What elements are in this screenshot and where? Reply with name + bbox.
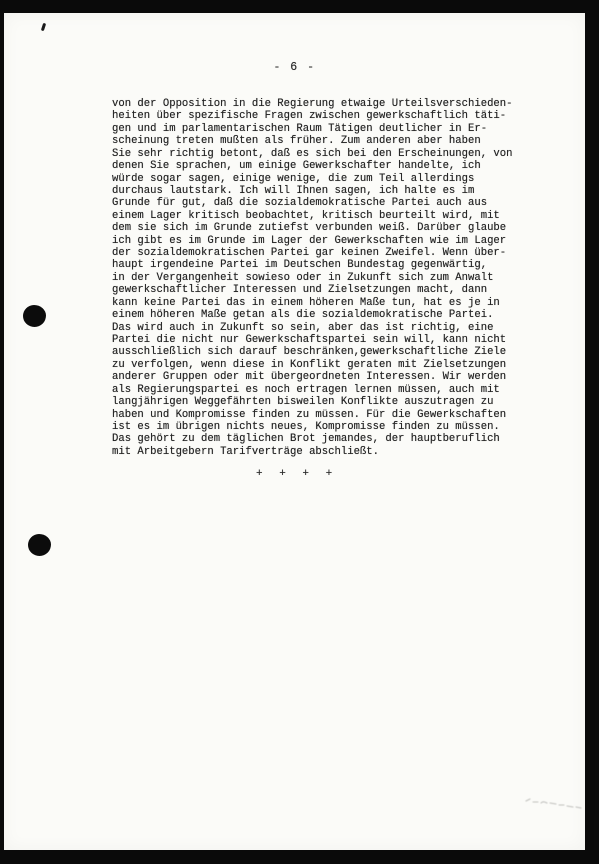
ink-speck: [41, 23, 46, 32]
faint-pencil-marks: [524, 797, 586, 811]
document-page: - 6 - von der Opposition in die Regierun…: [4, 13, 585, 850]
hole-punch-dot-top: [23, 305, 46, 327]
scan-border-top: [0, 0, 599, 13]
scanned-document: { "page": { "number_label": "- 6 -", "bo…: [0, 0, 599, 864]
body-text: von der Opposition in die Regierung etwa…: [112, 98, 513, 458]
page-number: - 6 -: [4, 61, 585, 74]
scan-border-bottom: [0, 850, 599, 864]
hole-punch-dot-bottom: [28, 534, 51, 556]
end-marker: + + + +: [256, 468, 337, 480]
